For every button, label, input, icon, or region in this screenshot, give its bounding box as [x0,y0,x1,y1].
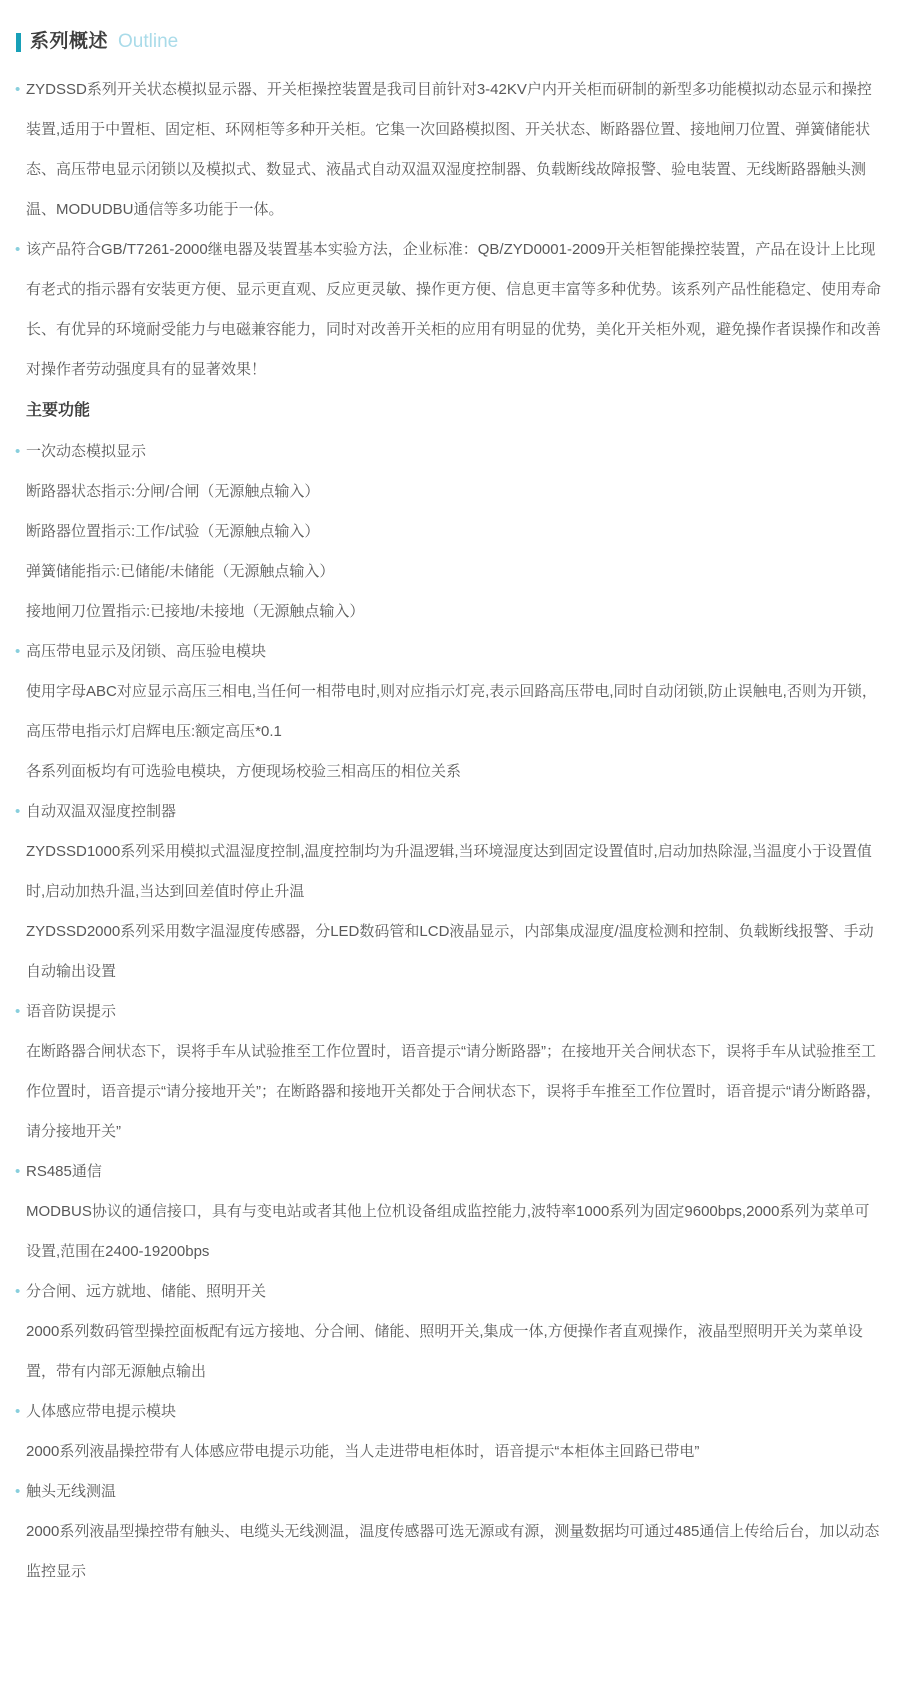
feature-line: 2000系列数码管型操控面板配有远方接地、分合闸、储能、照明开关,集成一体,方便… [16,1312,884,1392]
main-functions-heading: 主要功能 [16,390,884,432]
section-subtitle: Outline [118,30,178,54]
feature-line: 2000系列液晶型操控带有触头、电缆头无线测温，温度传感器可选无源或有源，测量数… [16,1512,884,1592]
document-page: 系列概述 Outline •ZYDSSD系列开关状态模拟显示器、开关柜操控装置是… [0,0,900,1686]
overview-paragraph-text: 该产品符合GB/T7261-2000继电器及装置基本实验方法，企业标准：QB/Z… [26,241,881,378]
bullet-icon: • [15,792,20,832]
feature-line: MODBUS协议的通信接口，具有与变电站或者其他上位机设备组成监控能力,波特率1… [16,1192,884,1272]
feature-title: •一次动态模拟显示 [16,432,884,472]
feature-line: 各系列面板均有可选验电模块，方便现场校验三相高压的相位关系 [16,752,884,792]
bullet-icon: • [15,70,20,110]
feature-line: ZYDSSD1000系列采用模拟式温湿度控制,温度控制均为升温逻辑,当环境湿度达… [16,832,884,912]
feature-line: 断路器位置指示:工作/试验（无源触点输入） [16,512,884,552]
feature-title-text: 触头无线测温 [26,1483,116,1500]
feature-line: 在断路器合闸状态下，误将手车从试验推至工作位置时，语音提示“请分断路器”；在接地… [16,1032,884,1152]
feature-line: 接地闸刀位置指示:已接地/未接地（无源触点输入） [16,592,884,632]
feature-title: •人体感应带电提示模块 [16,1392,884,1432]
bullet-icon: • [15,432,20,472]
overview-paragraph: •该产品符合GB/T7261-2000继电器及装置基本实验方法，企业标准：QB/… [16,230,884,390]
feature-title: •RS485通信 [16,1152,884,1192]
feature-title-text: 自动双温双湿度控制器 [26,803,176,820]
feature-title-text: 语音防误提示 [26,1003,116,1020]
header-accent-bar-icon [16,33,21,52]
feature-line: 断路器状态指示:分闸/合闸（无源触点输入） [16,472,884,512]
feature-title-text: RS485通信 [26,1163,102,1180]
bullet-icon: • [15,1272,20,1312]
feature-line: 弹簧储能指示:已储能/未储能（无源触点输入） [16,552,884,592]
section-title: 系列概述 [30,30,108,54]
bullet-icon: • [15,632,20,672]
bullet-icon: • [15,1472,20,1512]
feature-title-text: 高压带电显示及闭锁、高压验电模块 [26,643,266,660]
feature-title: •高压带电显示及闭锁、高压验电模块 [16,632,884,672]
bullet-icon: • [15,230,20,270]
feature-line: 使用字母ABC对应显示高压三相电,当任何一相带电时,则对应指示灯亮,表示回路高压… [16,672,884,712]
feature-title: •自动双温双湿度控制器 [16,792,884,832]
bullet-icon: • [15,1152,20,1192]
feature-line: 2000系列液晶操控带有人体感应带电提示功能，当人走进带电柜体时，语音提示“本柜… [16,1432,884,1472]
feature-title: •语音防误提示 [16,992,884,1032]
feature-title-text: 分合闸、远方就地、储能、照明开关 [26,1283,266,1300]
document-content: •ZYDSSD系列开关状态模拟显示器、开关柜操控装置是我司目前针对3-42KV户… [16,70,884,1592]
feature-title: •分合闸、远方就地、储能、照明开关 [16,1272,884,1312]
feature-title: •触头无线测温 [16,1472,884,1512]
section-header: 系列概述 Outline [16,30,884,54]
bullet-icon: • [15,1392,20,1432]
feature-title-text: 一次动态模拟显示 [26,443,146,460]
feature-title-text: 人体感应带电提示模块 [26,1403,176,1420]
bullet-icon: • [15,992,20,1032]
overview-paragraph-text: ZYDSSD系列开关状态模拟显示器、开关柜操控装置是我司目前针对3-42KV户内… [26,81,872,218]
overview-paragraph: •ZYDSSD系列开关状态模拟显示器、开关柜操控装置是我司目前针对3-42KV户… [16,70,884,230]
feature-line: 高压带电指示灯启辉电压:额定高压*0.1 [16,712,884,752]
feature-line: ZYDSSD2000系列采用数字温湿度传感器，分LED数码管和LCD液晶显示，内… [16,912,884,992]
